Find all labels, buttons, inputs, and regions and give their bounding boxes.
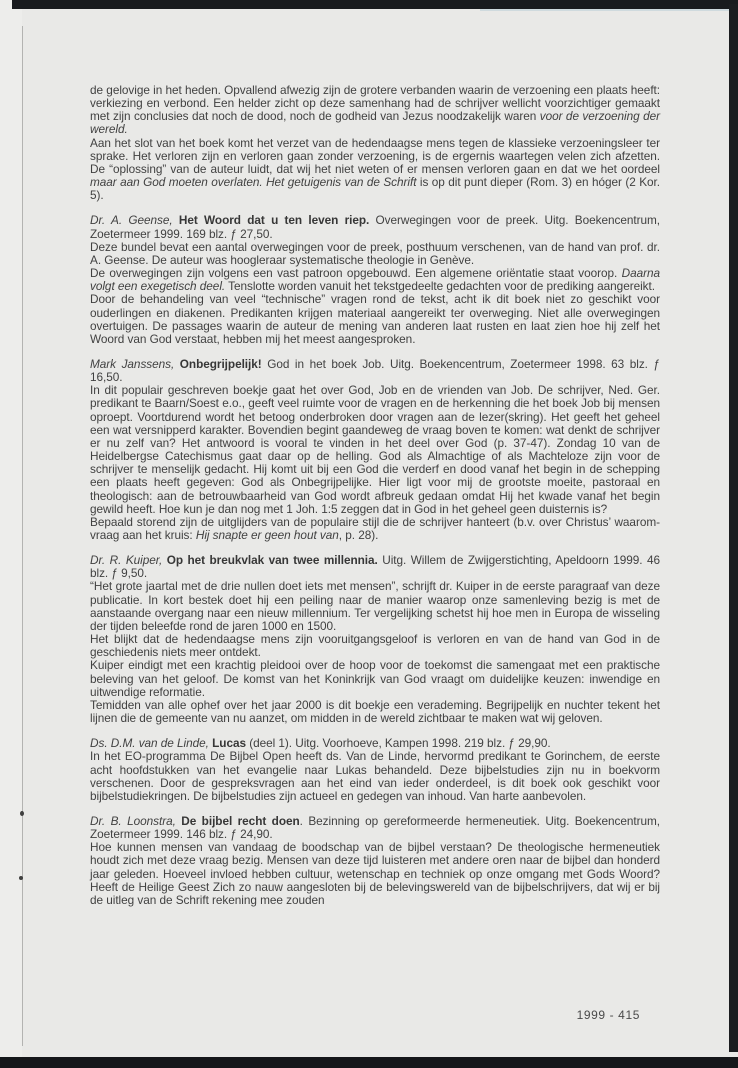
review-kuiper-p4: Temidden van alle ophef over het jaar 20…: [90, 699, 660, 725]
review-kuiper-p4-segment: Temidden van alle ophef over het jaar 20…: [90, 698, 660, 725]
review-janssens-heading: Mark Janssens, Onbegrijpelijk! God in he…: [90, 358, 660, 384]
review-kuiper-p3: Kuiper eindigt met een krachtig pleidooi…: [90, 659, 660, 698]
review-loonstra-heading: Dr. B. Loonstra, De bijbel recht doen. B…: [90, 815, 660, 841]
scan-edge-right: [729, 4, 738, 1052]
review-geense-p2-segment: Tenslotte worden vanuit het tekstgedeelt…: [225, 279, 655, 293]
review-kuiper-p3-segment: Kuiper eindigt met een krachtig pleidooi…: [90, 658, 660, 698]
review-kuiper-p2-segment: Het blijkt dat de hedendaagse mens zijn …: [90, 632, 660, 659]
review-geense-p2: De overwegingen zijn volgens een vast pa…: [90, 267, 660, 293]
scanned-page: de gelovige in het heden. Opvallend afwe…: [0, 0, 738, 1068]
scan-edge-top: [12, 0, 738, 9]
review-loonstra-heading-segment: De bijbel recht doen: [176, 814, 300, 828]
review-loonstra-heading-segment: Dr. B. Loonstra,: [90, 814, 176, 828]
review-geense-p1: Deze bundel bevat een aantal overweginge…: [90, 241, 660, 267]
review-geense-p2-segment: De overwegingen zijn volgens een vast pa…: [90, 266, 622, 280]
review-vandelinde-heading-segment: Lucas: [209, 736, 246, 750]
page-number: 1999 - 415: [577, 1008, 640, 1022]
review-geense-p3: Door de behandeling van veel “technische…: [90, 293, 660, 346]
review-text-column: de gelovige in het heden. Opvallend afwe…: [90, 84, 660, 907]
review-vandelinde-p1: In het EO-programma De Bijbel Open heeft…: [90, 750, 660, 803]
review-janssens-p1-segment: In dit populair geschreven boekje gaat h…: [90, 383, 660, 515]
scan-edge-bottom: [0, 1057, 738, 1068]
review-janssens-p2: Bepaald storend zijn de uitglijders van …: [90, 516, 660, 542]
scan-speck: [20, 811, 24, 816]
page-left-margin-strip: [0, 0, 22, 1068]
review-loonstra-p1: Hoe kunnen mensen van vandaag de boodsch…: [90, 841, 660, 907]
review-kuiper-p1-segment: “Het grote jaartal met de drie nullen do…: [90, 579, 660, 632]
review-kuiper-heading-segment: Dr. R. Kuiper,: [90, 553, 162, 567]
review-janssens-p1: In dit populair geschreven boekje gaat h…: [90, 384, 660, 516]
review-vandelinde-heading-segment: Ds. D.M. van de Linde,: [90, 736, 209, 750]
review-kuiper-p2: Het blijkt dat de hedendaagse mens zijn …: [90, 633, 660, 659]
review-janssens-p2-segment: Hij snapte er geen hout van: [196, 528, 339, 542]
review-janssens-heading-segment: Mark Janssens,: [90, 357, 174, 371]
review-vandelinde-heading-segment: (deel 1). Uitg. Voorhoeve, Kampen 1998. …: [246, 736, 551, 750]
review-kuiper-heading: Dr. R. Kuiper, Op het breukvlak van twee…: [90, 554, 660, 580]
review-kuiper-p1: “Het grote jaartal met de drie nullen do…: [90, 580, 660, 633]
review-geense-p3-segment: Door de behandeling van veel “technische…: [90, 292, 660, 345]
review-kuiper-heading-segment: Op het breukvlak van twee millennia.: [162, 553, 378, 567]
continuation-paragraph-1: de gelovige in het heden. Opvallend afwe…: [90, 84, 660, 137]
review-janssens-heading-segment: Onbegrijpelijk!: [174, 357, 261, 371]
continuation-paragraph-2-segment: maar aan God moeten overlaten. Het getui…: [90, 175, 416, 189]
scan-speck: [19, 876, 23, 880]
review-geense-heading-segment: Het Woord dat u ten leven riep.: [173, 213, 370, 227]
review-loonstra-p1-segment: Hoe kunnen mensen van vandaag de boodsch…: [90, 840, 660, 907]
review-vandelinde-p1-segment: In het EO-programma De Bijbel Open heeft…: [90, 749, 660, 802]
review-geense-heading: Dr. A. Geense, Het Woord dat u ten leven…: [90, 214, 660, 240]
scan-edge-top-highlight: [480, 9, 730, 11]
page-fold-line: [22, 26, 23, 1046]
review-geense-heading-segment: Dr. A. Geense,: [90, 213, 173, 227]
continuation-paragraph-2: Aan het slot van het boek komt het verze…: [90, 137, 660, 203]
continuation-paragraph-2-segment: Aan het slot van het boek komt het verze…: [90, 136, 660, 176]
review-geense-p1-segment: Deze bundel bevat een aantal overweginge…: [90, 240, 660, 267]
review-janssens-p2-segment: , p. 28).: [339, 528, 379, 542]
